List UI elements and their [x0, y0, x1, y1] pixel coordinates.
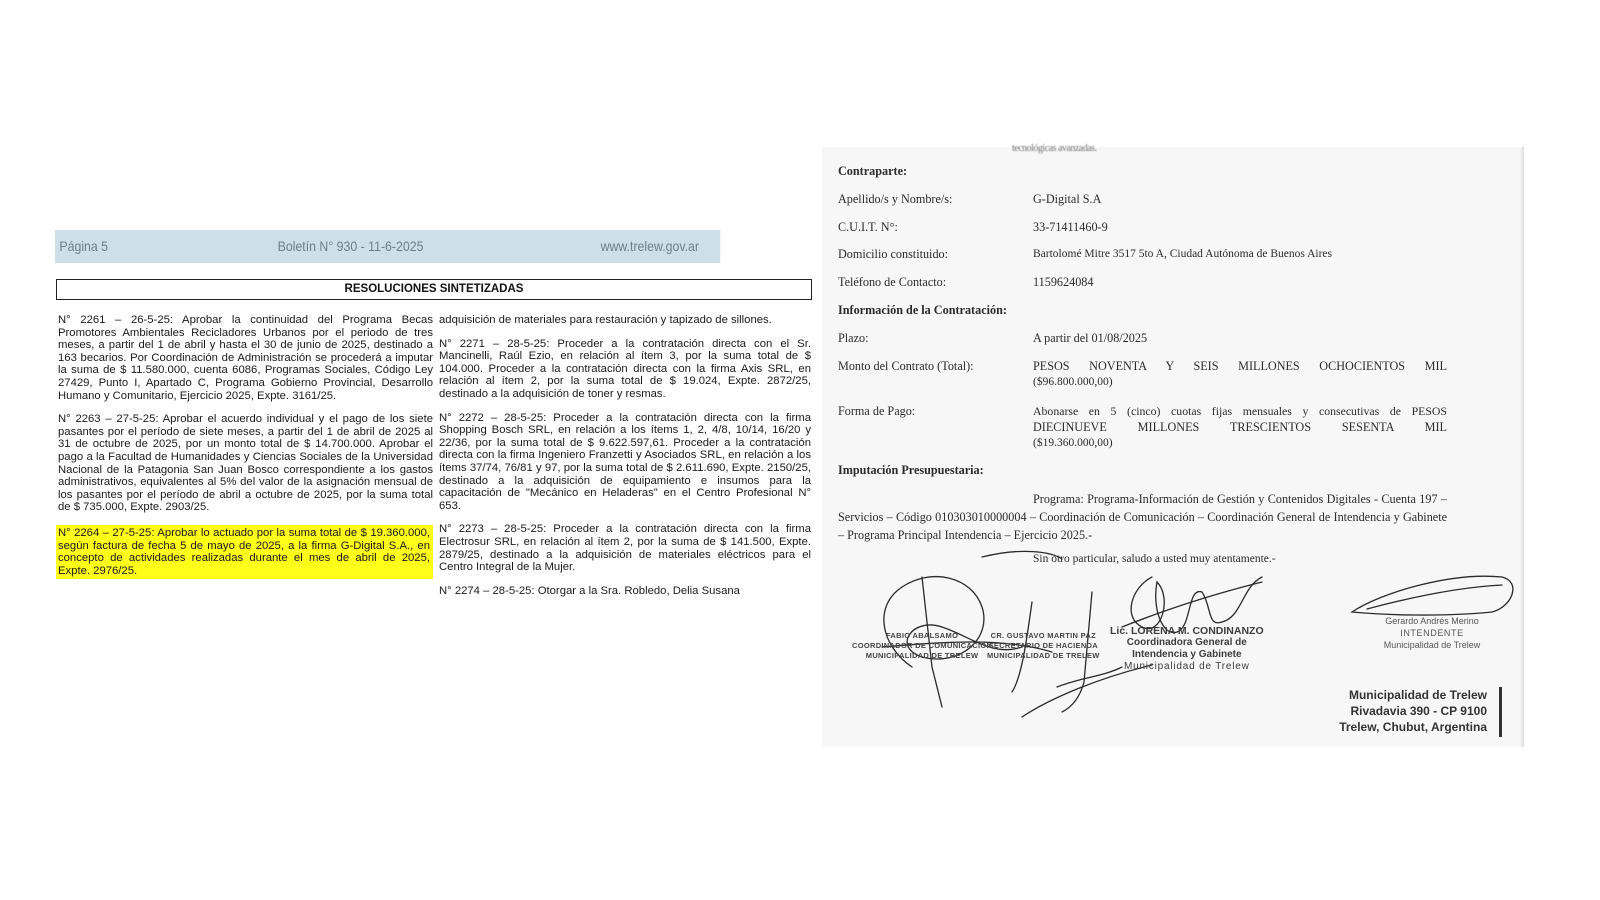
signature-block-paz: CR. GUSTAVO MARTIN PAZ SECRETARIO DE HAC…	[987, 631, 1100, 661]
signature-block-merino: Gerardo Andrés Merino INTENDENTE Municip…	[1357, 615, 1507, 651]
counterpart-heading: Contraparte:	[838, 164, 907, 179]
signer-title: INTENDENTE	[1357, 627, 1507, 639]
contract-scan: tecnológicas avanzadas. Contraparte: Ape…	[822, 147, 1524, 747]
amount-number: ($96.800.000,00)	[1033, 375, 1447, 391]
footer-divider	[1499, 687, 1502, 737]
contract-info-heading: Información de la Contratación:	[838, 303, 1007, 318]
payment-label: Forma de Pago:	[838, 404, 915, 419]
payment-number: ($19.360.000,00)	[1033, 436, 1447, 452]
field-value-name: G-Digital S.A	[1033, 192, 1447, 208]
footer-line-3: Trelew, Chubut, Argentina	[1302, 719, 1487, 735]
signature-block-condinanzo: Lic. LORENA M. CONDINANZO Coordinadora G…	[1110, 625, 1264, 673]
signer-name: Gerardo Andrés Merino	[1357, 615, 1507, 627]
signer-name: CR. GUSTAVO MARTIN PAZ	[987, 631, 1100, 641]
budget-heading: Imputación Presupuestaria:	[838, 463, 984, 478]
signer-org: MUNICIPALIDAD DE TRELEW	[987, 651, 1100, 661]
resolution-2274: N° 2274 – 28-5-25: Otorgar a la Sra. Rob…	[439, 585, 811, 598]
left-column: N° 2261 – 26-5-25: Aprobar la continuida…	[58, 314, 433, 590]
resolution-2273: N° 2273 – 28-5-25: Proceder a la contrat…	[439, 523, 811, 573]
field-label-address: Domicilio constituido:	[838, 247, 948, 262]
signer-name: Lic. LORENA M. CONDINANZO	[1110, 625, 1264, 637]
page-number: Página 5	[59, 238, 108, 254]
resolution-2264-highlighted: N° 2264 – 27-5-25: Aprobar lo actuado po…	[56, 525, 433, 579]
resolution-continued: adquisición de materiales para restaurac…	[439, 314, 811, 327]
municipality-footer: Municipalidad de Trelew Rivadavia 390 - …	[1302, 687, 1487, 735]
field-value-phone: 1159624084	[1033, 275, 1447, 291]
field-label-name: Apellido/s y Nombre/s:	[838, 192, 952, 207]
resolution-2271: N° 2271 – 28-5-25: Proceder a la contrat…	[439, 338, 811, 401]
signer-title: COORDINADOR DE COMUNICACIÓN	[852, 641, 992, 651]
field-label-phone: Teléfono de Contacto:	[838, 275, 946, 290]
resolution-2263: N° 2263 – 27-5-25: Aprobar el acuerdo in…	[58, 413, 433, 514]
term-value: A partir del 01/08/2025	[1033, 331, 1447, 347]
bulletin-header: Página 5 Boletín N° 930 - 11-6-2025 www.…	[55, 230, 720, 263]
signer-title: Coordinadora General de	[1110, 637, 1264, 649]
cut-off-text: tecnológicas avanzadas.	[1012, 143, 1097, 154]
footer-line-2: Rivadavia 390 - CP 9100	[1302, 703, 1487, 719]
resolution-2261: N° 2261 – 26-5-25: Aprobar la continuida…	[58, 314, 433, 402]
signature-block-abalsamo: FABIO ABALSAMO COORDINADOR DE COMUNICACI…	[852, 631, 992, 661]
signer-title-2: Intendencia y Gabinete	[1110, 649, 1264, 661]
field-value-address: Bartolomé Mitre 3517 5to A, Ciudad Autón…	[1033, 247, 1447, 263]
footer-line-1: Municipalidad de Trelew	[1302, 687, 1487, 703]
signer-org: MUNICIPALIDAD DE TRELEW	[852, 651, 992, 661]
right-column: adquisición de materiales para restaurac…	[439, 314, 811, 644]
resolution-2272: N° 2272 – 28-5-25: Proceder a la contrat…	[439, 412, 811, 513]
field-value-cuit: 33-71411460-9	[1033, 220, 1447, 236]
signer-title: SECRETARIO DE HACIENDA	[987, 641, 1100, 651]
signer-name: FABIO ABALSAMO	[852, 631, 992, 641]
payment-line-2: DIECINUEVE MILLONES TRESCIENTOS SESENTA …	[1033, 420, 1447, 436]
signer-org: Municipalidad de Trelew	[1110, 661, 1264, 673]
amount-label: Monto del Contrato (Total):	[838, 359, 974, 374]
field-label-cuit: C.U.I.T. N°:	[838, 220, 898, 235]
signer-org: Municipalidad de Trelew	[1357, 639, 1507, 651]
amount-words: PESOS NOVENTA Y SEIS MILLONES OCHOCIENTO…	[1033, 359, 1447, 375]
term-label: Plazo:	[838, 331, 868, 346]
budget-text: Programa: Programa-Información de Gestió…	[838, 490, 1447, 544]
website-url: www.trelew.gov.ar	[601, 238, 699, 254]
bulletin-page: Página 5 Boletín N° 930 - 11-6-2025 www.…	[55, 230, 815, 660]
payment-line-1: Abonarse en 5 (cinco) cuotas fijas mensu…	[1033, 404, 1447, 420]
bulletin-number: Boletín N° 930 - 11-6-2025	[278, 238, 424, 254]
section-title: RESOLUCIONES SINTETIZADAS	[56, 279, 812, 300]
